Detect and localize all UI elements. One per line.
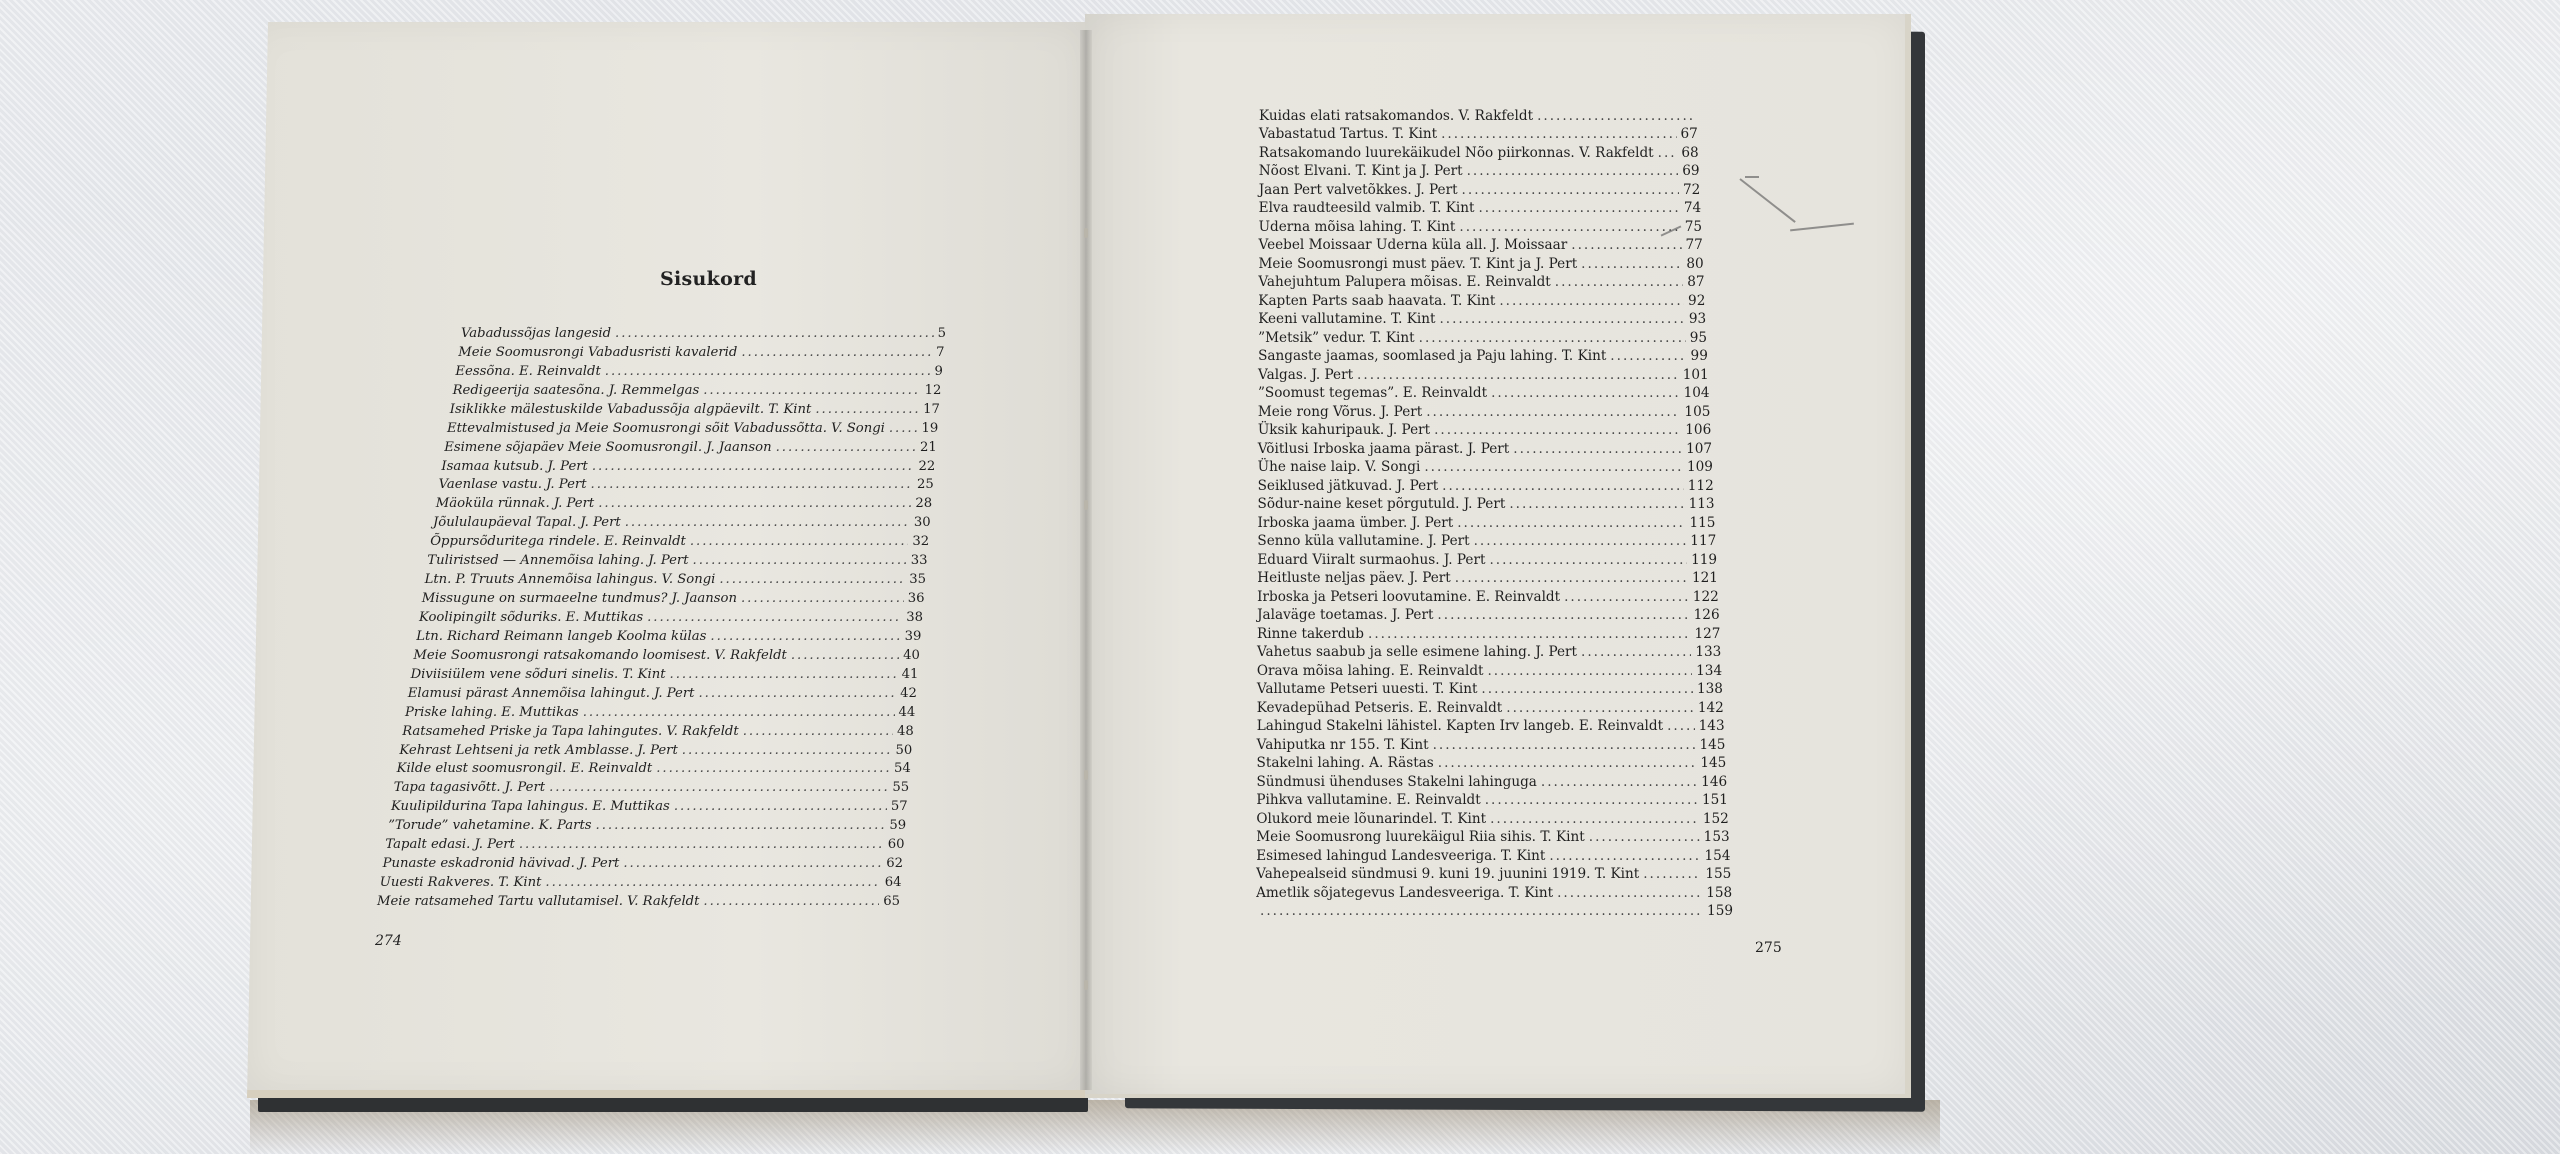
- toc-entry-page: 59: [889, 817, 906, 834]
- toc-entry-title: Meie rong Võrus. J. Pert: [1258, 404, 1422, 421]
- toc-entry: Meie Soomusrongi ratsakomando loomisest.…: [413, 647, 920, 664]
- toc-entry: Sõdur-naine keset põrgutuld. J. Pert113: [1258, 496, 1715, 513]
- toc-leader-dots: [1506, 700, 1694, 717]
- pencil-mark: [1745, 176, 1759, 178]
- toc-leader-dots: [1457, 515, 1685, 532]
- toc-entry: Seiklused jätkuvad. J. Pert112: [1258, 478, 1714, 495]
- toc-entry: Elva raudteesild valmib. T. Kint74: [1259, 200, 1702, 217]
- toc-entry-page: 158: [1706, 885, 1732, 902]
- toc-leader-dots: [596, 817, 886, 834]
- toc-entry-page: 77: [1686, 237, 1703, 254]
- toc-entry: Vaenlase vastu. J. Pert25: [439, 476, 934, 493]
- toc-entry-title: Olukord meie lõunarindel. T. Kint: [1256, 811, 1486, 828]
- toc-entry-page: 64: [885, 874, 902, 891]
- toc-entry-title: Vahepealseid sündmusi 9. kuni 19. juunin…: [1256, 866, 1639, 883]
- toc-leader-dots: [1541, 774, 1697, 791]
- toc-leader-dots: [1555, 274, 1683, 291]
- toc-entry-page: 117: [1690, 533, 1716, 550]
- toc-entry-title: Kevadepühad Petseris. E. Reinvaldt: [1257, 700, 1502, 717]
- toc-entry-page: 133: [1695, 644, 1721, 661]
- toc-entry: Vahejuhtum Palupera mõisas. E. Reinvaldt…: [1258, 274, 1704, 291]
- toc-entry-title: Võitlusi Irboska jaama pärast. J. Pert: [1258, 441, 1510, 458]
- toc-entry: Vabadussõjas langesid5: [461, 325, 946, 342]
- toc-leader-dots: [1438, 755, 1697, 772]
- toc-entry-page: 93: [1689, 311, 1706, 328]
- toc-entry: Vahetus saabub ja selle esimene lahing. …: [1257, 644, 1721, 661]
- toc-entry: ”Torude” vahetamine. K. Parts59: [388, 817, 906, 834]
- toc-entry: Rinne takerdub127: [1257, 626, 1720, 643]
- toc-entry-page: 75: [1685, 219, 1702, 236]
- toc-entry-page: 68: [1681, 145, 1698, 162]
- toc-leader-dots: [1513, 441, 1682, 458]
- toc-entry-page: 42: [900, 685, 917, 702]
- toc-entry-title: Ühe naise laip. V. Songi: [1258, 459, 1421, 476]
- toc-entry-page: 74: [1684, 200, 1701, 217]
- toc-entry-page: 101: [1683, 367, 1709, 384]
- toc-entry-page: 92: [1688, 293, 1705, 310]
- toc-leader-dots: [1439, 311, 1684, 328]
- toc-entry-title: Ltn. Richard Reimann langeb Koolma külas: [416, 628, 706, 645]
- toc-entry-title: Seiklused jätkuvad. J. Pert: [1258, 478, 1439, 495]
- toc-leader-dots: [1491, 385, 1680, 402]
- toc-entry-page: 105: [1684, 404, 1710, 421]
- toc-entry: Kuidas elati ratsakomandos. V. Rakfeldt: [1259, 108, 1697, 125]
- toc-entry: 159: [1256, 903, 1733, 920]
- toc-entry-title: Heitluste neljas päev. J. Pert: [1257, 570, 1451, 587]
- toc-leader-dots: [815, 401, 919, 418]
- toc-entry-page: 55: [892, 779, 909, 796]
- toc-leader-dots: [1357, 367, 1679, 384]
- toc-entry-page: 152: [1703, 811, 1729, 828]
- binding-stitch: [1084, 770, 1088, 780]
- toc-leader-dots: [1581, 644, 1691, 661]
- toc-entry: Diviisiülem vene sõduri sinelis. T. Kint…: [411, 666, 919, 683]
- toc-entry: Sangaste jaamas, soomlased ja Paju lahin…: [1258, 348, 1708, 365]
- toc-entry-page: 33: [911, 552, 928, 569]
- toc-entry-page: 60: [888, 836, 905, 853]
- toc-entry-title: Vabadussõjas langesid: [461, 325, 611, 342]
- toc-entry-title: Sõdur-naine keset põrgutuld. J. Pert: [1258, 496, 1506, 513]
- toc-entry-title: Uderna mõisa lahing. T. Kint: [1259, 219, 1456, 236]
- toc-leader-dots: [1509, 496, 1684, 513]
- toc-entry: Tapa tagasivõtt. J. Pert55: [394, 779, 909, 796]
- toc-entry-title: Punaste eskadronid hävivad. J. Pert: [383, 855, 620, 872]
- toc-entry-page: 113: [1689, 496, 1715, 513]
- toc-entry-title: ”Soomust tegemas”. E. Reinvaldt: [1258, 385, 1487, 402]
- toc-leader-dots: [693, 552, 907, 569]
- toc-entry: Meie Soomusrongi must päev. T. Kint ja J…: [1258, 256, 1703, 273]
- toc-leader-dots: [1499, 293, 1684, 310]
- toc-entry-page: 38: [906, 609, 923, 626]
- toc-leader-dots: [1487, 663, 1692, 680]
- toc-entry: Keeni vallutamine. T. Kint93: [1258, 311, 1706, 328]
- toc-entry-page: 5: [938, 325, 946, 342]
- toc-leader-dots: [776, 439, 916, 456]
- toc-entry: Üksik kahuripauk. J. Pert106: [1258, 422, 1711, 439]
- toc-leader-dots: [1610, 348, 1686, 365]
- toc-entry: Õppursõduritega rindele. E. Reinvaldt32: [430, 533, 929, 550]
- toc-entry-title: ”Torude” vahetamine. K. Parts: [388, 817, 591, 834]
- toc-entry-title: Veebel Moissaar Uderna küla all. J. Mois…: [1259, 237, 1568, 254]
- toc-entry: Vallutame Petseri uuesti. T. Kint138: [1257, 681, 1723, 698]
- toc-entry-page: 25: [917, 476, 934, 493]
- toc-entry: Redigeerija saatesõna. J. Remmelgas12: [453, 382, 942, 399]
- toc-entry-title: Stakelni lahing. A. Rästas: [1257, 755, 1434, 772]
- toc-entry: Ratsakomando luurekäikudel Nõo piirkonna…: [1259, 145, 1699, 162]
- toc-entry: Ltn. Richard Reimann langeb Koolma külas…: [416, 628, 921, 645]
- toc-entry-page: 80: [1686, 256, 1703, 273]
- toc-entry-page: 104: [1684, 385, 1710, 402]
- toc-leader-dots: [1485, 792, 1698, 809]
- toc-entry: Isiklikke mälestuskilde Vabadussõja algp…: [450, 401, 940, 418]
- toc-leader-dots: [703, 382, 920, 399]
- toc-entry-page: 22: [918, 458, 935, 475]
- toc-entry: Punaste eskadronid hävivad. J. Pert62: [383, 855, 903, 872]
- toc-entry: Koolipingilt sõduriks. E. Muttikas38: [419, 609, 923, 626]
- toc-entry: Isamaa kutsub. J. Pert22: [441, 458, 935, 475]
- toc-entry: Kevadepühad Petseris. E. Reinvaldt142: [1257, 700, 1724, 717]
- toc-entry-title: Sangaste jaamas, soomlased ja Paju lahin…: [1258, 348, 1606, 365]
- toc-leader-dots: [605, 363, 931, 380]
- toc-leader-dots: [1667, 718, 1695, 735]
- toc-entry: Irboska jaama ümber. J. Pert115: [1257, 515, 1715, 532]
- toc-leader-dots: [743, 723, 893, 740]
- toc-entry: Elamusi pärast Annemõisa lahingut. J. Pe…: [408, 685, 917, 702]
- toc-entry: Meie rong Võrus. J. Pert105: [1258, 404, 1711, 421]
- toc-entry-title: Vahejuhtum Palupera mõisas. E. Reinvaldt: [1258, 274, 1550, 291]
- toc-entry-page: 36: [908, 590, 925, 607]
- toc-entry-page: 151: [1702, 792, 1728, 809]
- toc-entry: ”Soomust tegemas”. E. Reinvaldt104: [1258, 385, 1710, 402]
- toc-entry-title: Valgas. J. Pert: [1258, 367, 1353, 384]
- book-cover-left-edge: [258, 1096, 1088, 1112]
- toc-entry-page: 127: [1694, 626, 1720, 643]
- toc-entry-title: Meie Soomusrong luurekäigul Riia sihis. …: [1256, 829, 1585, 846]
- toc-leader-dots: [1437, 607, 1689, 624]
- toc-entry: Tapalt edasi. J. Pert60: [385, 836, 904, 853]
- toc-entry-title: Õppursõduritega rindele. E. Reinvaldt: [430, 533, 686, 550]
- toc-entry: Esimene sõjapäev Meie Soomusrongil. J. J…: [444, 439, 937, 456]
- toc-entry-title: Tapalt edasi. J. Pert: [385, 836, 514, 853]
- toc-leader-dots: [1658, 145, 1678, 162]
- toc-leader-dots: [1459, 219, 1680, 236]
- toc-entry-title: Ettevalmistused ja Meie Soomusrongi sõit…: [447, 420, 885, 437]
- toc-entry-title: Tuliristsed — Annemõisa lahing. J. Pert: [427, 552, 688, 569]
- toc-entry-title: Orava mõisa lahing. E. Reinvaldt: [1257, 663, 1484, 680]
- toc-leader-dots: [1490, 811, 1699, 828]
- toc-entry-title: Meie Soomusrongi must päev. T. Kint ja J…: [1258, 256, 1577, 273]
- toc-entry-title: Vahetus saabub ja selle esimene lahing. …: [1257, 644, 1577, 661]
- toc-entry: Sündmusi ühenduses Stakelni lahinguga146: [1256, 774, 1727, 791]
- toc-entry-title: Senno küla vallutamine. J. Pert: [1257, 533, 1469, 550]
- toc-entry-title: Esimene sõjapäev Meie Soomusrongil. J. J…: [444, 439, 771, 456]
- toc-leader-dots: [698, 685, 896, 702]
- toc-leader-dots: [1571, 237, 1681, 254]
- toc-leader-dots: [615, 325, 934, 342]
- toc-entry-title: Meie ratsamehed Tartu vallutamisel. V. R…: [377, 893, 699, 910]
- right-page-number: 275: [1755, 940, 1782, 956]
- toc-entry-page: 99: [1691, 348, 1708, 365]
- toc-leader-dots: [592, 458, 915, 475]
- toc-title: Sisukord: [660, 268, 757, 290]
- toc-entry-page: 121: [1692, 570, 1718, 587]
- toc-entry: Priske lahing. E. Muttikas44: [405, 704, 915, 721]
- toc-entry: Senno küla vallutamine. J. Pert117: [1257, 533, 1716, 550]
- toc-leader-dots: [1434, 422, 1681, 439]
- toc-entry-title: Ratsakomando luurekäikudel Nõo piirkonna…: [1259, 145, 1654, 162]
- binding-stitch: [1084, 500, 1088, 510]
- toc-entry-title: Kapten Parts saab haavata. T. Kint: [1258, 293, 1495, 310]
- toc-entry-page: 145: [1700, 755, 1726, 772]
- toc-entry-page: 62: [886, 855, 903, 872]
- toc-entry: ”Metsik” vedur. T. Kint95: [1258, 330, 1707, 347]
- toc-entry: Jaan Pert valvetõkkes. J. Pert72: [1259, 182, 1701, 199]
- toc-entry-page: 95: [1690, 330, 1707, 347]
- toc-leader-dots: [1424, 459, 1683, 476]
- toc-entry-page: 9: [935, 363, 943, 380]
- toc-leader-dots: [1455, 570, 1688, 587]
- toc-entry-title: Meie Soomusrongi Vabadusristi kavalerid: [458, 344, 737, 361]
- toc-entry-title: Üksik kahuripauk. J. Pert: [1258, 422, 1430, 439]
- toc-entry: Vahepealseid sündmusi 9. kuni 19. juunin…: [1256, 866, 1731, 883]
- toc-entry: Kuulipildurina Tapa lahingus. E. Muttika…: [391, 798, 908, 815]
- toc-entry-title: Jaan Pert valvetõkkes. J. Pert: [1259, 182, 1458, 199]
- toc-leader-dots: [591, 476, 913, 493]
- toc-entry-page: 57: [891, 798, 908, 815]
- toc-entry-title: Kuulipildurina Tapa lahingus. E. Muttika…: [391, 798, 670, 815]
- toc-leader-dots: [791, 647, 899, 664]
- toc-entry-page: 35: [909, 571, 926, 588]
- toc-leader-dots: [1557, 885, 1702, 902]
- toc-leader-dots: [1442, 478, 1684, 495]
- toc-leader-dots: [1489, 552, 1687, 569]
- toc-entry: Võitlusi Irboska jaama pärast. J. Pert10…: [1258, 441, 1712, 458]
- toc-leader-dots: [1260, 903, 1703, 920]
- toc-entry: Eessõna. E. Reinvaldt9: [455, 363, 943, 380]
- toc-entry-title: Priske lahing. E. Muttikas: [405, 704, 579, 721]
- toc-entry-title: Pihkva vallutamine. E. Reinvaldt: [1256, 792, 1480, 809]
- toc-entry-title: Rinne takerdub: [1257, 626, 1364, 643]
- toc-entry-page: 143: [1699, 718, 1725, 735]
- binding-stitch: [1084, 980, 1088, 990]
- toc-entry: Irboska ja Petseri loovutamine. E. Reinv…: [1257, 589, 1719, 606]
- toc-entry-title: Elamusi pärast Annemõisa lahingut. J. Pe…: [408, 685, 695, 702]
- toc-leader-dots: [670, 666, 898, 683]
- toc-entry: Lahingud Stakelni lähistel. Kapten Irv l…: [1257, 718, 1725, 735]
- toc-entry-title: Lahingud Stakelni lähistel. Kapten Irv l…: [1257, 718, 1663, 735]
- toc-leader-dots: [741, 590, 904, 607]
- toc-entry-page: 21: [920, 439, 937, 456]
- toc-entry-title: Redigeerija saatesõna. J. Remmelgas: [453, 382, 700, 399]
- toc-entry-page: 112: [1688, 478, 1714, 495]
- toc-leader-dots: [889, 420, 918, 437]
- toc-leader-dots: [1441, 126, 1676, 143]
- toc-leader-dots: [1549, 848, 1700, 865]
- toc-entry-page: 69: [1682, 163, 1699, 180]
- toc-entry: Stakelni lahing. A. Rästas145: [1257, 755, 1727, 772]
- toc-entry-title: Isamaa kutsub. J. Pert: [441, 458, 587, 475]
- toc-entry: Vabastatud Tartus. T. Kint67: [1259, 126, 1698, 143]
- toc-entry: Kehrast Lehtseni ja retk Amblasse. J. Pe…: [399, 742, 912, 759]
- toc-entry-title: Diviisiülem vene sõduri sinelis. T. Kint: [411, 666, 666, 683]
- toc-entry: Orava mõisa lahing. E. Reinvaldt134: [1257, 663, 1722, 680]
- toc-entry-title: Irboska ja Petseri loovutamine. E. Reinv…: [1257, 589, 1560, 606]
- toc-entry-page: 12: [925, 382, 942, 399]
- toc-entry: Meie ratsamehed Tartu vallutamisel. V. R…: [377, 893, 900, 910]
- toc-entry-page: 44: [899, 704, 916, 721]
- toc-entry: Jõululaupäeval Tapal. J. Pert30: [433, 514, 931, 531]
- toc-leader-dots: [703, 893, 879, 910]
- toc-entry-title: Kehrast Lehtseni ja retk Amblasse. J. Pe…: [399, 742, 677, 759]
- toc-entry-title: Jalaväge toetamas. J. Pert: [1257, 607, 1433, 624]
- toc-entry-title: Uuesti Rakveres. T. Kint: [380, 874, 542, 891]
- toc-entry-page: 106: [1685, 422, 1711, 439]
- toc-entry-page: 28: [915, 495, 932, 512]
- toc-leader-dots: [1643, 866, 1701, 883]
- toc-entry-page: 7: [936, 344, 944, 361]
- toc-entry-title: Meie Soomusrongi ratsakomando loomisest.…: [413, 647, 786, 664]
- toc-leader-dots: [719, 571, 905, 588]
- toc-leader-dots: [545, 874, 880, 891]
- toc-entry-page: 126: [1694, 607, 1720, 624]
- toc-entry-title: Vallutame Petseri uuesti. T. Kint: [1257, 681, 1478, 698]
- toc-entry: Eduard Viiralt surmaohus. J. Pert119: [1257, 552, 1717, 569]
- toc-entry: Ratsamehed Priske ja Tapa lahingutes. V.…: [402, 723, 914, 740]
- toc-entry-page: 154: [1705, 848, 1731, 865]
- toc-leader-dots: [1419, 330, 1686, 347]
- toc-entry-title: Ratsamehed Priske ja Tapa lahingutes. V.…: [402, 723, 739, 740]
- toc-entry: Ühe naise laip. V. Songi109: [1258, 459, 1713, 476]
- toc-entry-title: Irboska jaama ümber. J. Pert: [1257, 515, 1453, 532]
- toc-entry-page: 17: [923, 401, 940, 418]
- toc-entry-title: Jõululaupäeval Tapal. J. Pert: [433, 514, 621, 531]
- toc-entry-page: 48: [897, 723, 914, 740]
- toc-entry-page: 19: [922, 420, 939, 437]
- toc-entry-title: Tapa tagasivõtt. J. Pert: [394, 779, 545, 796]
- toc-entry-title: Isiklikke mälestuskilde Vabadussõja algp…: [450, 401, 812, 418]
- toc-entry: Kilde elust soomusrongil. E. Reinvaldt54: [397, 760, 911, 777]
- toc-entry-title: Elva raudteesild valmib. T. Kint: [1259, 200, 1475, 217]
- toc-leader-dots: [682, 742, 892, 759]
- toc-leader-dots: [623, 855, 882, 872]
- toc-entry-page: 65: [883, 893, 900, 910]
- toc-entry: Ettevalmistused ja Meie Soomusrongi sõit…: [447, 420, 938, 437]
- toc-entry-page: 32: [912, 533, 929, 550]
- toc-entry-page: 138: [1697, 681, 1723, 698]
- toc-leader-dots: [647, 609, 902, 626]
- toc-entry: Meie Soomusrong luurekäigul Riia sihis. …: [1256, 829, 1729, 846]
- toc-entry-page: 145: [1700, 737, 1726, 754]
- toc-entry-page: 153: [1704, 829, 1730, 846]
- toc-entry-title: Kilde elust soomusrongil. E. Reinvaldt: [397, 760, 653, 777]
- toc-entry-title: Ametlik sõjategevus Landesveeriga. T. Ki…: [1256, 885, 1553, 902]
- toc-entry-page: 39: [905, 628, 922, 645]
- toc-leader-dots: [1564, 589, 1689, 606]
- toc-entry-page: 122: [1693, 589, 1719, 606]
- toc-entry: Jalaväge toetamas. J. Pert126: [1257, 607, 1719, 624]
- toc-entry: Olukord meie lõunarindel. T. Kint152: [1256, 811, 1728, 828]
- toc-leader-dots: [1581, 256, 1682, 273]
- toc-leader-dots: [1474, 533, 1687, 550]
- toc-leader-dots: [1368, 626, 1690, 643]
- toc-leader-dots: [741, 344, 932, 361]
- toc-entry-title: Sündmusi ühenduses Stakelni lahinguga: [1256, 774, 1536, 791]
- toc-entry-page: 159: [1707, 903, 1733, 920]
- toc-entry-title: Eessõna. E. Reinvaldt: [455, 363, 600, 380]
- toc-entry-page: 119: [1691, 552, 1717, 569]
- toc-entry: Uuesti Rakveres. T. Kint64: [380, 874, 902, 891]
- toc-leader-dots: [1433, 737, 1696, 754]
- toc-entry-page: 50: [895, 742, 912, 759]
- toc-leader-dots: [1467, 163, 1679, 180]
- toc-entry: Vahiputka nr 155. T. Kint145: [1257, 737, 1726, 754]
- book-gutter: [1080, 30, 1092, 1090]
- toc-entry-title: Nõost Elvani. T. Kint ja J. Pert: [1259, 163, 1463, 180]
- toc-entry-page: 87: [1687, 274, 1704, 291]
- toc-entry-page: 107: [1686, 441, 1712, 458]
- toc-leader-dots: [674, 798, 887, 815]
- toc-leader-dots: [1537, 108, 1693, 125]
- toc-entry: Esimesed lahingud Landesveeriga. T. Kint…: [1256, 848, 1730, 865]
- toc-entry-page: 146: [1701, 774, 1727, 791]
- toc-entry-title: Mäoküla rünnak. J. Pert: [436, 495, 594, 512]
- toc-leader-dots: [1462, 182, 1679, 199]
- toc-entry: Veebel Moissaar Uderna küla all. J. Mois…: [1259, 237, 1703, 254]
- toc-entry-title: Kuidas elati ratsakomandos. V. Rakfeldt: [1259, 108, 1533, 125]
- toc-entry-page: 30: [914, 514, 931, 531]
- toc-entry: Mäoküla rünnak. J. Pert28: [436, 495, 932, 512]
- toc-entry-page: 40: [903, 647, 920, 664]
- toc-entry: Valgas. J. Pert101: [1258, 367, 1709, 384]
- binding-stitch: [1084, 228, 1088, 238]
- toc-leader-dots: [1426, 404, 1680, 421]
- toc-entry-title: Koolipingilt sõduriks. E. Muttikas: [419, 609, 643, 626]
- toc-entry: Heitluste neljas päev. J. Pert121: [1257, 570, 1718, 587]
- toc-entry-page: 109: [1687, 459, 1713, 476]
- toc-leader-dots: [710, 628, 900, 645]
- toc-leader-dots: [1481, 681, 1693, 698]
- toc-entry: Nõost Elvani. T. Kint ja J. Pert69: [1259, 163, 1700, 180]
- toc-entry: Missugune on surmaeelne tundmus? J. Jaan…: [422, 590, 925, 607]
- toc-leader-dots: [656, 760, 890, 777]
- toc-entry-page: 155: [1705, 866, 1731, 883]
- toc-entry-title: Keeni vallutamine. T. Kint: [1258, 311, 1435, 328]
- toc-entry-page: 41: [902, 666, 919, 683]
- toc-leader-dots: [690, 533, 908, 550]
- toc-entry: Ltn. P. Truuts Annemõisa lahingus. V. So…: [425, 571, 926, 588]
- toc-leader-dots: [598, 495, 911, 512]
- toc-leader-dots: [625, 514, 910, 531]
- toc-leader-dots: [1478, 200, 1679, 217]
- toc-entry-title: Missugune on surmaeelne tundmus? J. Jaan…: [422, 590, 737, 607]
- toc-entry: Tuliristsed — Annemõisa lahing. J. Pert3…: [427, 552, 927, 569]
- toc-entry-title: Eduard Viiralt surmaohus. J. Pert: [1257, 552, 1485, 569]
- toc-entry-title: Vahiputka nr 155. T. Kint: [1257, 737, 1429, 754]
- toc-entry-title: Esimesed lahingud Landesveeriga. T. Kint: [1256, 848, 1545, 865]
- toc-entry-page: 67: [1681, 126, 1698, 143]
- toc-entry: Meie Soomusrongi Vabadusristi kavalerid7: [458, 344, 944, 361]
- left-page-number: 274: [375, 933, 402, 949]
- toc-entry: Ametlik sõjategevus Landesveeriga. T. Ki…: [1256, 885, 1732, 902]
- toc-entry: Uderna mõisa lahing. T. Kint75: [1259, 219, 1702, 236]
- toc-entry-title: ”Metsik” vedur. T. Kint: [1258, 330, 1414, 347]
- toc-entry-page: 72: [1683, 182, 1700, 199]
- toc-entry-page: 54: [894, 760, 911, 777]
- toc-leader-dots: [519, 836, 884, 853]
- toc-leader-dots: [583, 704, 895, 721]
- toc-leader-dots: [1589, 829, 1700, 846]
- toc-entry-page: 115: [1689, 515, 1715, 532]
